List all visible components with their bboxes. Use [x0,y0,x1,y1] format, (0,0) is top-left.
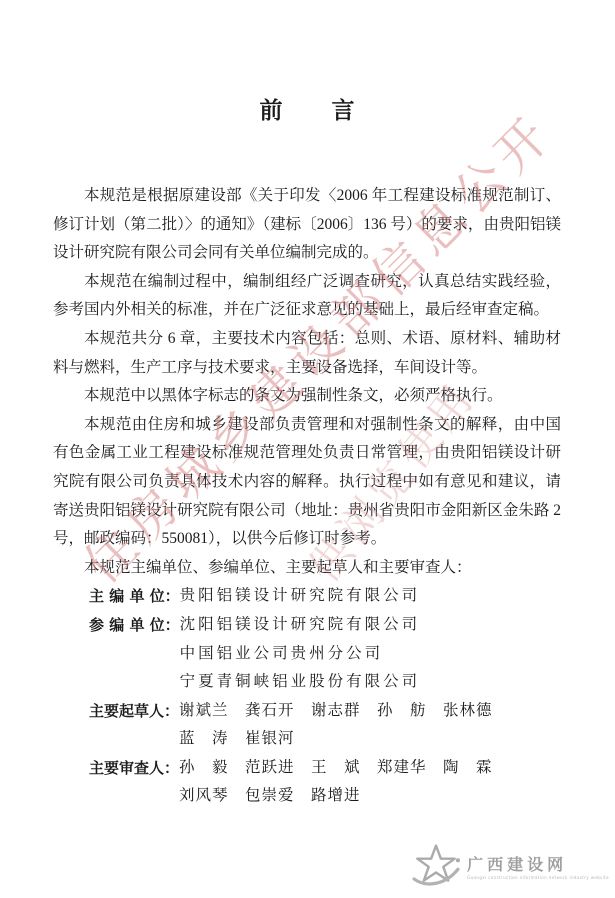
credit-line: 刘风琴 包崇爱 路增进 [179,782,493,811]
page-title: 前 言 [0,92,615,125]
credit-row-chief-editor: 主 编 单 位： 贵阳铝镁设计研究院有限公司 [89,582,561,611]
credit-label: 主要起草人： [89,697,179,726]
credit-row-co-editors: 参 编 单 位： 沈阳铝镁设计研究院有限公司 中国铝业公司贵州分公司 宁夏青铜峡… [89,611,561,697]
credit-label: 主 编 单 位： [89,582,180,611]
credit-row-drafters: 主要起草人： 谢斌兰 龚石开 谢志群 孙 舫 张林德 蓝 涛 崔银河 [89,697,561,754]
paragraph-6: 本规范主编单位、参编单位、主要起草人和主要审查人： [53,554,561,583]
credit-line: 中国铝业公司贵州分公司 [180,640,421,669]
credit-line: 宁夏青铜峡铝业股份有限公司 [180,668,421,697]
site-logo: 广西建设网 Guangxi construction information n… [410,842,609,890]
paragraph-1: 本规范是根据原建设部《关于印发〈2006 年工程建设标准规范制订、修订计划（第二… [53,182,561,268]
logo-tagline: Guangxi construction information network… [467,875,609,880]
credit-line: 孙 毅 范跃进 王 斌 郑建华 陶 霖 [179,754,493,783]
paragraph-5: 本规范由住房和城乡建设部负责管理和对强制性条文的解释，由中国有色金属工业工程建设… [53,411,561,554]
credit-line: 谢斌兰 龚石开 谢志群 孙 舫 张林德 [179,697,493,726]
document-page: 住房城乡建设部信息公开 供浏览使用 前 言 本规范是根据原建设部《关于印发〈20… [0,0,615,898]
credit-row-reviewers: 主要审查人： 孙 毅 范跃进 王 斌 郑建华 陶 霖 刘风琴 包崇爱 路增进 [89,754,561,811]
credit-line: 贵阳铝镁设计研究院有限公司 [180,582,421,611]
document-body: 本规范是根据原建设部《关于印发〈2006 年工程建设标准规范制订、修订计划（第二… [53,182,561,811]
credit-label: 参 编 单 位： [89,611,180,640]
paragraph-2: 本规范在编制过程中，编制组经广泛调查研究，认真总结实践经验，参考国内外相关的标准… [53,268,561,325]
paragraph-4: 本规范中以黑体字标志的条文为强制性条文，必须严格执行。 [53,382,561,411]
paragraph-3: 本规范共分 6 章，主要技术内容包括：总则、术语、原材料、辅助材料与燃料，生产工… [53,325,561,382]
star-swoosh-icon [410,842,462,890]
credit-label: 主要审查人： [89,754,179,783]
logo-site-name: 广西建设网 [467,852,609,875]
credit-line: 沈阳铝镁设计研究院有限公司 [180,611,421,640]
credit-line: 蓝 涛 崔银河 [179,725,493,754]
credits-list: 主 编 单 位： 贵阳铝镁设计研究院有限公司 参 编 单 位： 沈阳铝镁设计研究… [89,582,561,811]
